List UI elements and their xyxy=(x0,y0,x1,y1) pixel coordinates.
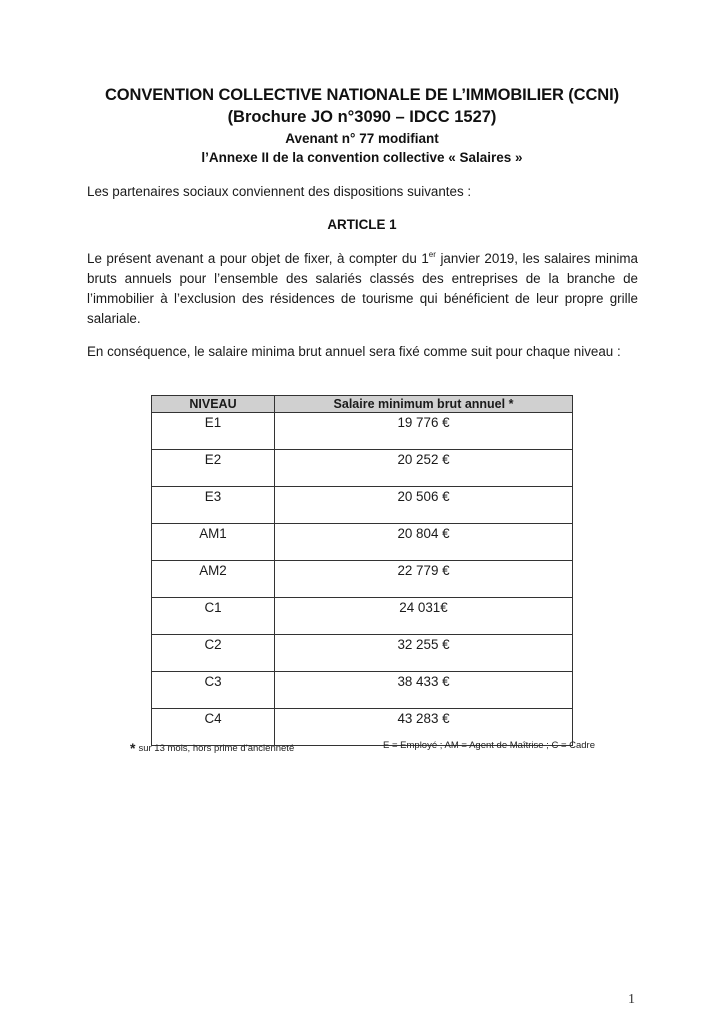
annexe-heading: l’Annexe II de la convention collective … xyxy=(0,150,724,165)
document-page: CONVENTION COLLECTIVE NATIONALE DE L’IMM… xyxy=(0,0,724,1024)
niveau-cell: C3 xyxy=(152,672,275,709)
article-paragraph-2: En conséquence, le salaire minima brut a… xyxy=(87,342,638,362)
table-header-row: NIVEAU Salaire minimum brut annuel * xyxy=(152,396,573,413)
salaire-cell: 24 031€ xyxy=(275,598,573,635)
niveau-cell: E2 xyxy=(152,450,275,487)
salaire-cell: 20 804 € xyxy=(275,524,573,561)
article-title: ARTICLE 1 xyxy=(0,217,724,232)
niveau-cell: AM1 xyxy=(152,524,275,561)
salary-table-body: E119 776 €E220 252 €E320 506 €AM120 804 … xyxy=(152,413,573,746)
salaire-cell: 32 255 € xyxy=(275,635,573,672)
table-row: C338 433 € xyxy=(152,672,573,709)
niveau-cell: E1 xyxy=(152,413,275,450)
niveau-cell: AM2 xyxy=(152,561,275,598)
footnote: *sur 13 mois, hors prime d’ancienneté xyxy=(130,740,294,756)
niveau-cell: C2 xyxy=(152,635,275,672)
table-row: C232 255 € xyxy=(152,635,573,672)
avenant-heading: Avenant n° 77 modifiant xyxy=(0,131,724,146)
salary-table: NIVEAU Salaire minimum brut annuel * E11… xyxy=(151,395,573,746)
table-row: AM222 779 € xyxy=(152,561,573,598)
footnote-asterisk: * xyxy=(130,740,135,756)
ordinal-superscript: er xyxy=(429,250,436,259)
article-paragraph-1: Le présent avenant a pour objet de fixer… xyxy=(87,249,638,329)
salaire-cell: 19 776 € xyxy=(275,413,573,450)
table-row: AM120 804 € xyxy=(152,524,573,561)
footnote-text: sur 13 mois, hors prime d’ancienneté xyxy=(138,743,294,754)
column-header-salaire: Salaire minimum brut annuel * xyxy=(275,396,573,413)
page-number: 1 xyxy=(628,992,635,1008)
document-subtitle: (Brochure JO n°3090 – IDCC 1527) xyxy=(0,108,724,127)
table-row: E320 506 € xyxy=(152,487,573,524)
paragraph-1-start: Le présent avenant a pour objet de fixer… xyxy=(87,251,429,266)
niveau-cell: C1 xyxy=(152,598,275,635)
table-row: E119 776 € xyxy=(152,413,573,450)
column-header-niveau: NIVEAU xyxy=(152,396,275,413)
salaire-cell: 20 506 € xyxy=(275,487,573,524)
salaire-cell: 20 252 € xyxy=(275,450,573,487)
niveau-cell: E3 xyxy=(152,487,275,524)
table-row: C124 031€ xyxy=(152,598,573,635)
abbreviation-legend: E = Employé ; AM = Agent de Maîtrise ; C… xyxy=(383,740,595,751)
document-title: CONVENTION COLLECTIVE NATIONALE DE L’IMM… xyxy=(0,86,724,105)
intro-text: Les partenaires sociaux conviennent des … xyxy=(87,182,638,202)
salaire-cell: 38 433 € xyxy=(275,672,573,709)
salaire-cell: 22 779 € xyxy=(275,561,573,598)
table-row: E220 252 € xyxy=(152,450,573,487)
